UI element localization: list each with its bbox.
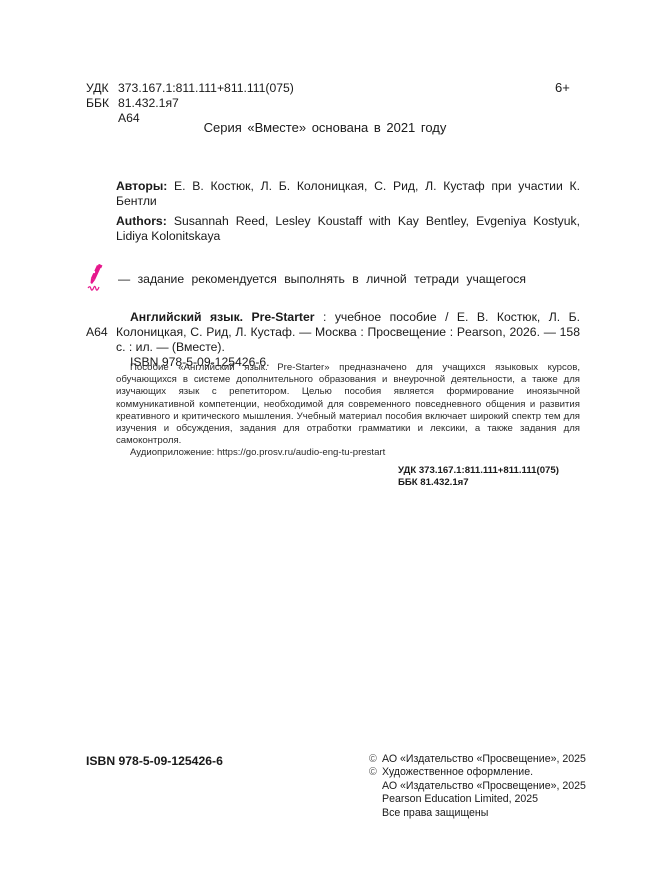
copyright-line: Pearson Education Limited, 2025	[369, 793, 586, 806]
copyright-spacer	[369, 780, 382, 793]
age-rating: 6+	[555, 80, 570, 95]
bbk-label: ББК	[86, 96, 118, 111]
udk-row: УДК 373.167.1:811.111+811.111(075)	[86, 81, 294, 96]
copyright-spacer	[369, 793, 382, 806]
series-note: Серия «Вместе» основана в 2021 году	[0, 120, 650, 135]
legend: — задание рекомендуется выполнять в личн…	[84, 264, 526, 294]
copyright-spacer	[369, 807, 382, 820]
authors-ru-label: Авторы:	[116, 179, 167, 193]
authors-en-text: Susannah Reed, Lesley Koustaff with Kay …	[116, 214, 580, 243]
copyright-line: © Художественное оформление.	[369, 766, 586, 779]
pen-icon	[84, 264, 110, 294]
copyright-text: Pearson Education Limited, 2025	[382, 793, 538, 806]
copyright-line: АО «Издательство «Просвещение», 2025	[369, 780, 586, 793]
udk-label: УДК	[86, 81, 118, 96]
bbk-value: 81.432.1я7	[118, 96, 179, 111]
legend-text: — задание рекомендуется выполнять в личн…	[118, 272, 526, 286]
copyright-text: АО «Издательство «Просвещение», 2025	[382, 753, 586, 766]
udk-bottom: УДК 373.167.1:811.111+811.111(075)	[398, 465, 559, 477]
authors-ru-text: Е. В. Костюк, Л. Б. Колоницкая, С. Рид, …	[116, 179, 580, 208]
audio-link[interactable]: Аудиоприложение: https://go.prosv.ru/aud…	[116, 447, 580, 459]
catalog-code: А64	[86, 325, 108, 340]
catalog-description: Английский язык. Pre-Starter : учебное п…	[116, 310, 580, 355]
copyright-block: © АО «Издательство «Просвещение», 2025 ©…	[369, 753, 586, 820]
copyright-line: © АО «Издательство «Просвещение», 2025	[369, 753, 586, 766]
bbk-row: ББК 81.432.1я7	[86, 96, 294, 111]
copyright-icon: ©	[369, 766, 382, 779]
isbn-footer: ISBN 978-5-09-125426-6	[86, 754, 223, 768]
catalog-entry: Английский язык. Pre-Starter : учебное п…	[116, 310, 580, 370]
book-title: Английский язык. Pre-Starter	[130, 310, 315, 324]
copyright-text: АО «Издательство «Просвещение», 2025	[382, 780, 586, 793]
classification-bottom: УДК 373.167.1:811.111+811.111(075) ББК 8…	[398, 465, 559, 489]
annotation: Пособие «Английский язык. Pre-Starter» п…	[116, 362, 580, 460]
copyright-line: Все права защищены	[369, 807, 586, 820]
authors-en: Authors: Susannah Reed, Lesley Koustaff …	[116, 214, 580, 244]
annotation-text: Пособие «Английский язык. Pre-Starter» п…	[116, 362, 580, 447]
bbk-bottom: ББК 81.432.1я7	[398, 477, 559, 489]
copyright-text: Все права защищены	[382, 807, 488, 820]
authors-ru: Авторы: Е. В. Костюк, Л. Б. Колоницкая, …	[116, 179, 580, 209]
authors-en-label: Authors:	[116, 214, 167, 228]
udk-value: 373.167.1:811.111+811.111(075)	[118, 81, 294, 96]
copyright-text: Художественное оформление.	[382, 766, 533, 779]
copyright-icon: ©	[369, 753, 382, 766]
